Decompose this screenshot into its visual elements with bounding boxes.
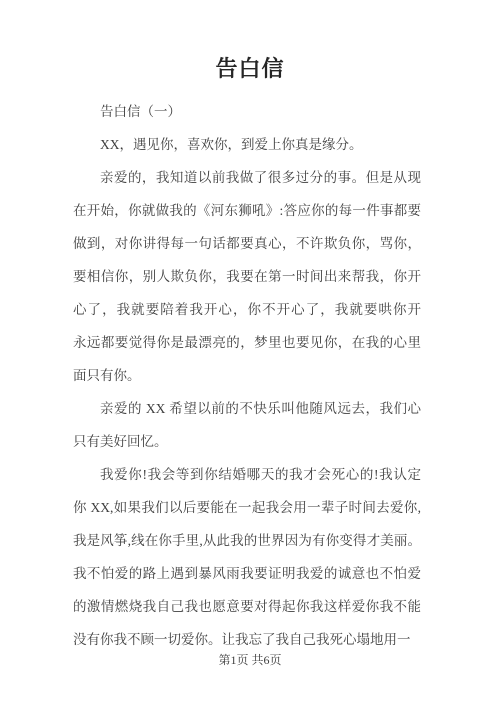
document-title: 告白信 [0, 0, 500, 83]
text-line: 只有美好回忆。 [73, 425, 421, 458]
page-footer: 第1页 共6页 [0, 651, 500, 668]
text-line: 亲爱的，我知道以前我做了很多过分的事。但是从现 [73, 161, 421, 194]
text-line: 亲爱的 XX 希望以前的不快乐叫他随风远去，我们心理 [73, 392, 421, 425]
document-page: 告白信 告白信（一）XX，遇见你，喜欢你，到爱上你真是缘分。亲爱的，我知道以前我… [0, 0, 500, 708]
text-line: 要相信你，别人欺负你，我要在第一时间出来帮我，你开 [73, 260, 421, 293]
page-number-label: 第1页 共6页 [218, 653, 281, 667]
text-line: 面只有你。 [73, 359, 421, 392]
text-line: 的激情燃烧我自己我也愿意要对得起你我这样爱你我不能 [73, 590, 421, 623]
text-line: XX，遇见你，喜欢你，到爱上你真是缘分。 [73, 128, 421, 161]
text-line: 永远都要觉得你是最漂亮的，梦里也要见你，在我的心里 [73, 326, 421, 359]
text-line: 在开始，你就做我的《河东狮吼》:答应你的每一件事都要 [73, 194, 421, 227]
document-body: 告白信（一）XX，遇见你，喜欢你，到爱上你真是缘分。亲爱的，我知道以前我做了很多… [73, 95, 421, 656]
text-line: 我是风筝,线在你手里,从此我的世界因为有你变得才美丽。 [73, 524, 421, 557]
text-line: 告白信（一） [73, 95, 421, 128]
text-line: 你 XX,如果我们以后要能在一起我会用一辈子时间去爱你, [73, 491, 421, 524]
text-line: 我不怕爱的路上遇到暴风雨我要证明我爱的诚意也不怕爱 [73, 557, 421, 590]
text-line: 心了，我就要陪着我开心，你不开心了，我就要哄你开心， [73, 293, 421, 326]
text-line: 我爱你!我会等到你结婚哪天的我才会死心的!我认定 [73, 458, 421, 491]
text-line: 做到，对你讲得每一句话都要真心，不许欺负你，骂你， [73, 227, 421, 260]
